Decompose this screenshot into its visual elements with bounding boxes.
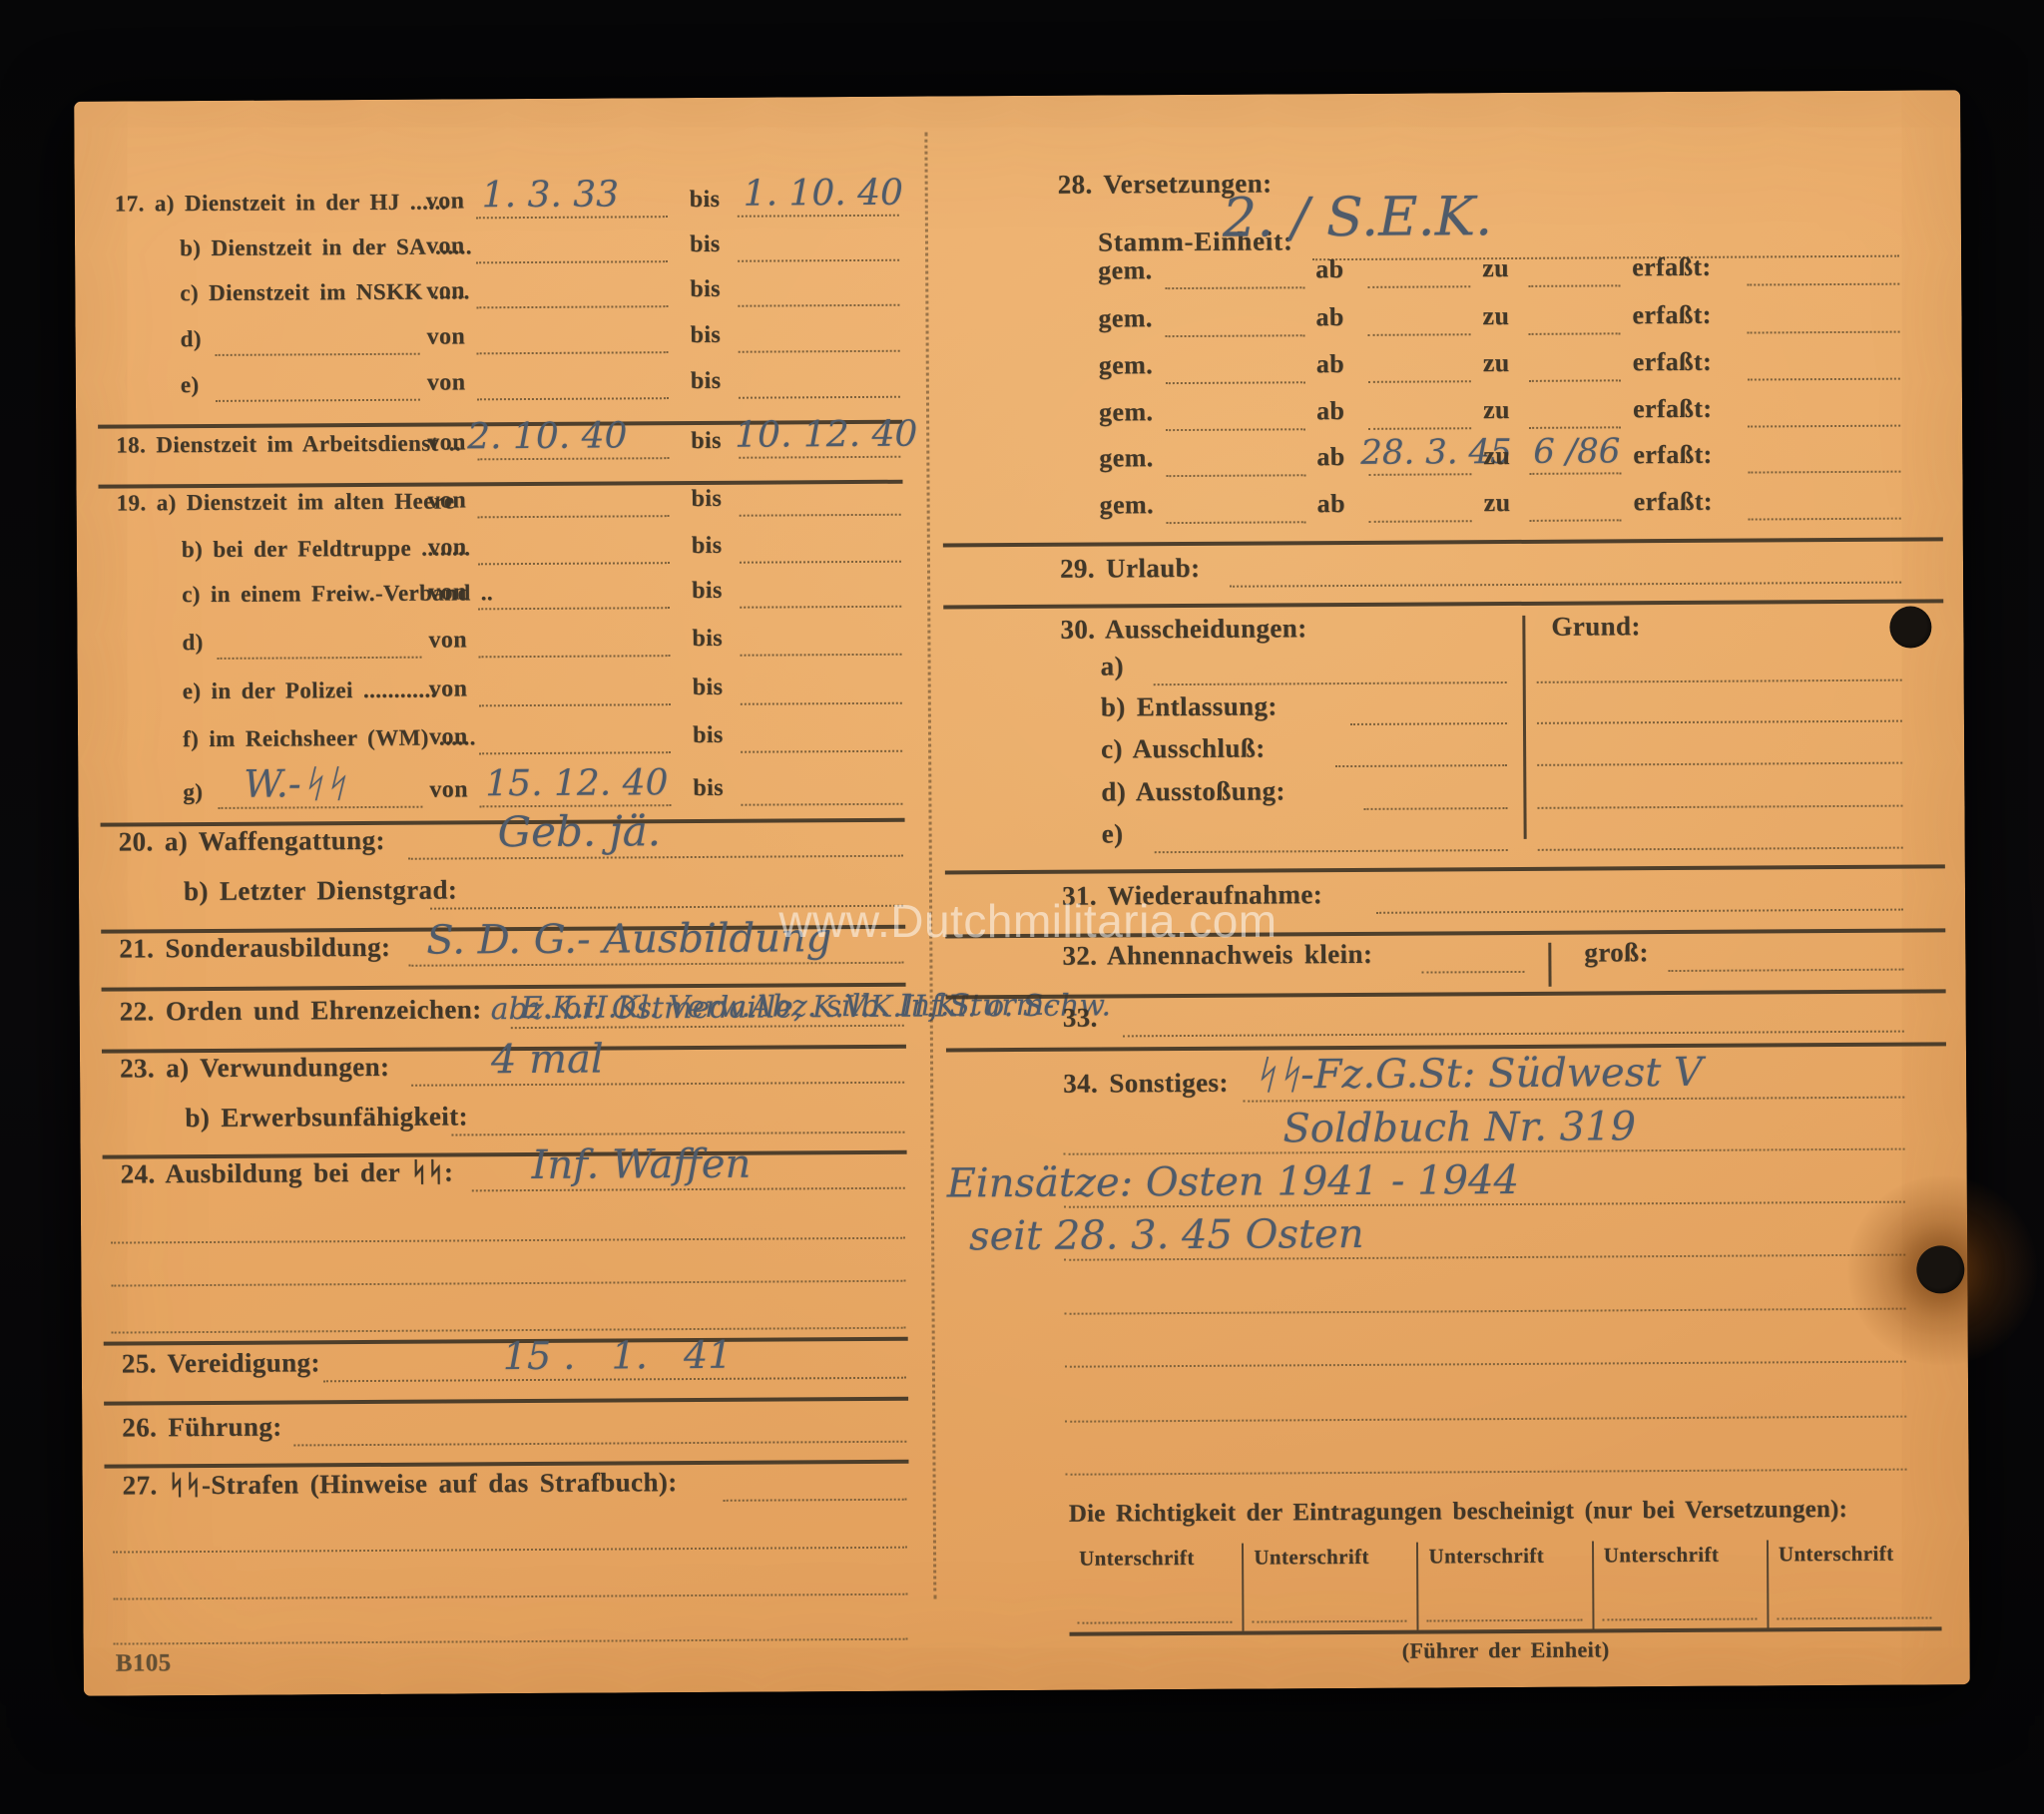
bis-value-handwriting: 1. 10. 40 [744,173,904,215]
ab-line [1369,486,1472,523]
ab-keyword: ab [1315,254,1343,284]
blank-line [114,1638,908,1645]
signature-line [1253,1620,1407,1623]
item-line [1350,688,1507,725]
unterschrift-label: Unterschrift [1254,1545,1369,1571]
record-card: 17. a) Dienstzeit in der HJ ...... von 1… [74,90,1970,1696]
gem-line [1167,487,1306,524]
zu-line [1528,250,1620,287]
form-code: B105 [116,1649,172,1677]
grund-line [1537,728,1902,766]
gem-keyword: gem. [1099,350,1153,380]
blank-line [1065,1308,1906,1315]
signature-line [1077,1621,1232,1624]
ab-keyword: ab [1316,349,1344,379]
gem-line [1165,300,1304,337]
item-line [1154,648,1507,685]
watermark: www.Dutchmilitaria.com [739,894,1317,948]
field-line [723,1459,906,1502]
field-line [293,1401,906,1447]
gross-divider-line [1548,943,1551,987]
field-label: 33. [1063,1003,1098,1034]
erfasst-keyword: erfaßt: [1633,394,1713,424]
field-label: 25. Vereidigung: [122,1347,320,1379]
sonstiges-handwriting-2: Soldbuch Nr. 319 [1282,1104,1636,1151]
field-line [1376,875,1903,914]
sonstiges-handwriting-3: Einsätze: Osten 1941 - 1944 [947,1157,1520,1207]
erfasst-line [1748,437,1900,474]
zu-keyword: zu [1482,301,1509,331]
erfasst-line [1749,484,1901,521]
gem-keyword: gem. [1100,490,1154,520]
ab-line [1368,393,1471,430]
ab-keyword: ab [1316,396,1344,426]
erfasst-line [1748,391,1900,428]
field-label: 34. Sonstiges: [1063,1068,1229,1100]
blank-line [113,1593,907,1600]
blank-line [111,1280,905,1287]
gem-keyword: gem. [1099,443,1153,473]
field-label: 24. Ausbildung bei der ᛋᛋ: [121,1156,454,1189]
gem-keyword: gem. [1098,255,1152,285]
unterschrift-label: Unterschrift [1779,1542,1894,1568]
grund-label: Grund: [1551,611,1641,643]
gem-line [1166,394,1305,431]
erfasst-keyword: erfaßt: [1633,440,1713,470]
gem-line [1166,347,1305,384]
item-line [1155,815,1508,853]
grund-line [1537,771,1902,809]
erfasst-keyword: erfaßt: [1634,487,1714,517]
item-label: a) [1101,651,1124,681]
field-label: 29. Urlaub: [1060,553,1201,585]
item-label: d) Ausstoßung: [1101,775,1285,807]
item-line [1335,730,1507,767]
gem-line [1165,252,1304,289]
field-25-vereidigung: 25. Vereidigung: 15 . 1. 41 [82,1324,1968,1384]
signature-heading: Die Richtigkeit der Eintragungen beschei… [1069,1495,1941,1528]
field-label: 26. Führung: [122,1412,282,1444]
erfasst-keyword: erfaßt: [1632,252,1712,282]
unterschrift-label: Unterschrift [1079,1546,1195,1572]
erfasst-keyword: erfaßt: [1633,347,1713,377]
bis-keyword: bis [690,187,721,214]
gross-line [1668,935,1903,972]
von-line: 1. 3. 33 [476,182,668,219]
sonstiges-handwriting-4: seit 28. 3. 45 Osten [969,1211,1364,1259]
row-label: 17. a) Dienstzeit in der HJ ...... [115,190,447,218]
gem-keyword: gem. [1099,397,1153,427]
field-value-handwriting: Inf. Waffen [532,1141,752,1188]
signature-cell: Unterschrift [1244,1543,1419,1631]
field-line: 15 . 1. 41 [323,1337,906,1383]
zu-keyword: zu [1484,488,1511,518]
signature-cell: Unterschrift [1594,1540,1770,1628]
ab-keyword: ab [1315,302,1343,332]
zu-keyword: zu [1483,395,1510,425]
zu-value-handwriting: 6 /86 [1533,431,1620,472]
erfasst-line [1747,297,1899,334]
item-label: b) Entlassung: [1101,690,1277,722]
ab-line [1367,251,1470,288]
gem-keyword: gem. [1098,303,1152,333]
signature-cell: Unterschrift [1769,1539,1942,1627]
zu-keyword: zu [1483,348,1510,378]
item-label: e) [1102,818,1124,849]
signature-cell: Unterschrift [1069,1544,1245,1632]
zu-keyword: zu [1483,441,1510,471]
field-value-handwriting: 15 . 1. 41 [503,1333,733,1378]
blank-line [111,1237,905,1244]
ab-keyword: ab [1316,442,1344,472]
punch-hole-top [1889,606,1931,648]
ab-line: 28. 3. 45 [1368,439,1471,476]
zu-line: 6 /86 [1529,438,1621,475]
erfasst-keyword: erfaßt: [1632,300,1712,330]
unterschrift-label: Unterschrift [1428,1544,1544,1570]
erfasst-line [1748,344,1900,381]
gem-line [1166,440,1305,477]
signature-footer: (Führer der Einheit) [1242,1635,1771,1664]
signature-line [1602,1618,1757,1621]
punch-hole-bottom [1916,1245,1964,1293]
sonstiges-handwriting-1: ᛋᛋ-Fz.G.St: Südwest V [1253,1050,1703,1099]
item-label: c) Ausschluß: [1101,733,1266,765]
zu-line [1528,298,1620,335]
unterschrift-label: Unterschrift [1604,1543,1720,1569]
signature-table: Unterschrift Unterschrift Unterschrift U… [1069,1539,1942,1631]
field-line: Inf. Waffen [472,1147,905,1192]
photo-background: 17. a) Dienstzeit in der HJ ...... von 1… [0,0,2044,1814]
stamm-einheit-handwriting: 2. / S.E.K. [1223,185,1493,249]
signature-line [1777,1616,1931,1619]
von-value-handwriting: 1. 3. 33 [482,174,620,216]
klein-line [1421,937,1524,974]
zu-keyword: zu [1482,253,1509,283]
von-keyword: von [426,188,465,215]
blank-line [113,1547,907,1554]
ab-line [1368,346,1471,383]
field-line [1123,997,1904,1038]
zu-line [1529,345,1621,382]
grund-line [1537,646,1902,683]
ab-line [1367,299,1470,336]
ab-keyword: ab [1317,489,1345,519]
zu-line [1529,392,1621,429]
gross-label: groß: [1584,937,1649,968]
item-line [1363,773,1507,810]
grund-line [1537,686,1902,724]
signature-cell: Unterschrift [1418,1542,1594,1630]
bis-line: 1. 10. 40 [738,181,899,218]
field-label: 27. ᛋᛋ-Strafen (Hinweise auf das Strafbu… [123,1467,678,1501]
erfasst-line [1747,249,1899,286]
grund-line [1538,813,1903,851]
zu-line [1530,485,1622,522]
section-30-label: 30. Ausscheidungen: [1060,613,1306,646]
field-line [1230,548,1901,588]
signature-line [1427,1619,1582,1622]
